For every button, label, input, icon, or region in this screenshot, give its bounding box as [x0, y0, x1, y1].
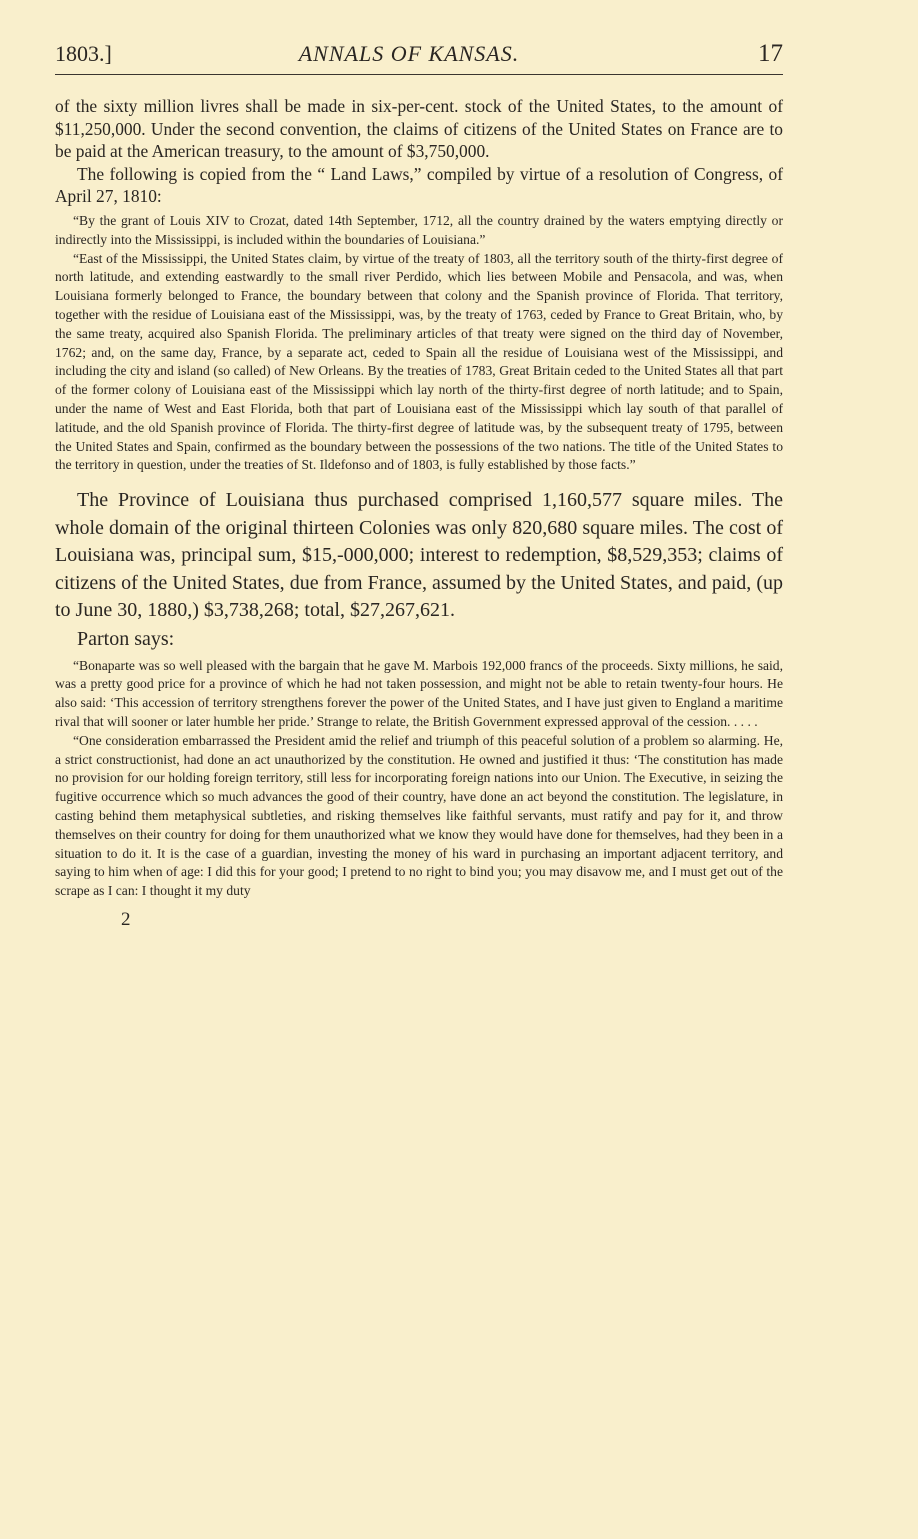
paragraph-louisiana-cost: The Province of Louisiana thus purchased… [55, 487, 783, 625]
running-head: 1803.] ANNALS OF KANSAS. 17 [55, 40, 783, 75]
paragraph-convention-stock: of the sixty million livres shall be mad… [55, 95, 783, 163]
header-title: ANNALS OF KANSAS. [135, 41, 743, 67]
page-number: 17 [743, 40, 783, 68]
paragraph-parton-says: Parton says: [55, 625, 783, 653]
quote-bonaparte: “Bonaparte was so well pleased with the … [55, 657, 783, 732]
quote-president-consideration: “One consideration embarrassed the Presi… [55, 732, 783, 901]
book-page: 1803.] ANNALS OF KANSAS. 17 of the sixty… [55, 40, 783, 931]
signature-mark: 2 [55, 909, 783, 931]
paragraph-land-laws-intro: The following is copied from the “ Land … [55, 163, 783, 208]
header-year: 1803.] [55, 41, 135, 67]
quote-east-of-mississippi: “East of the Mississippi, the United Sta… [55, 250, 783, 476]
quote-crozat-grant: “By the grant of Louis XIV to Crozat, da… [55, 212, 783, 250]
